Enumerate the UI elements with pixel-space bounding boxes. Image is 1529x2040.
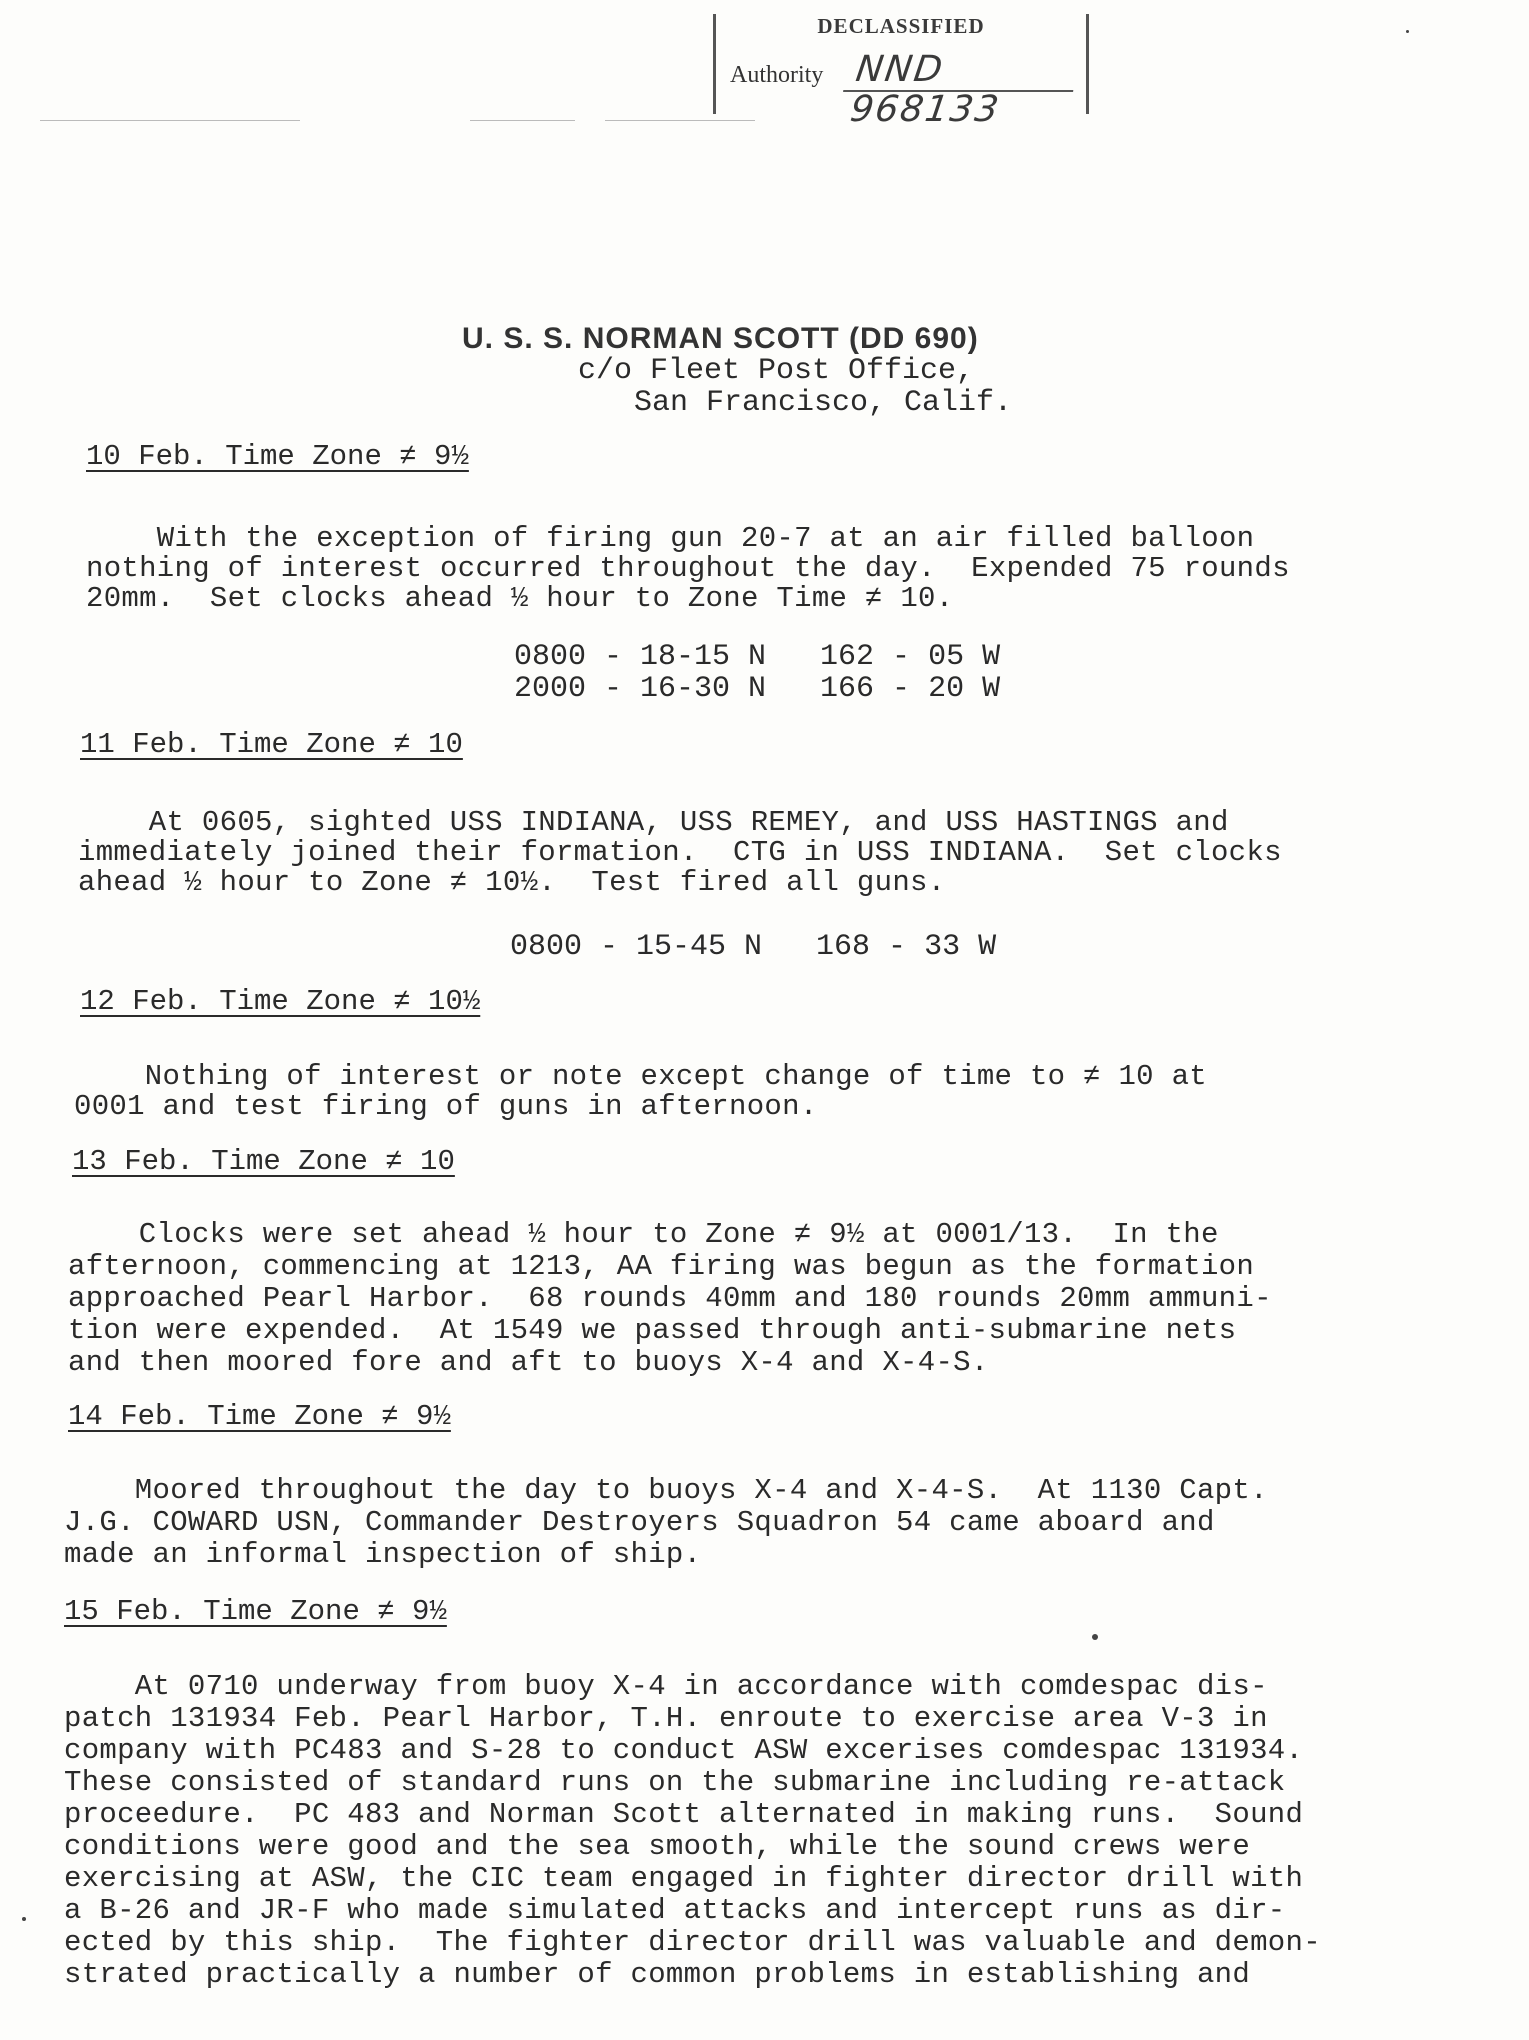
entry-text-line: a B-26 and JR-F who made simulated attac… (64, 1894, 1286, 1927)
entry-text-line: and then moored fore and aft to buoys X-… (68, 1346, 989, 1379)
declassification-stamp: DECLASSIFIED Authority NND 968133 (713, 14, 1089, 114)
entry-text-line: Clocks were set ahead ½ hour to Zone ≠ 9… (68, 1218, 1219, 1251)
scan-rule (40, 120, 300, 121)
entry-text-line: 0001 and test firing of guns in afternoo… (74, 1090, 818, 1123)
noon-position-line: 0800 - 18-15 N 162 - 05 W (514, 640, 1000, 674)
authority-value: NND 968133 (843, 50, 1079, 92)
entry-text-line: strated practically a number of common p… (64, 1958, 1250, 1991)
entry-text-line: tion were expended. At 1549 we passed th… (68, 1314, 1236, 1347)
entry-text-line: proceedure. PC 483 and Norman Scott alte… (64, 1798, 1303, 1831)
entry-text-line: With the exception of firing gun 20-7 at… (86, 522, 1254, 555)
entry-text-line: These consisted of standard runs on the … (64, 1766, 1286, 1799)
entry-text-line: At 0605, sighted USS INDIANA, USS REMEY,… (78, 806, 1229, 839)
scan-rule (605, 120, 755, 121)
entry-text-line: made an informal inspection of ship. (64, 1538, 701, 1571)
scan-speck (1406, 30, 1409, 33)
entry-text-line: nothing of interest occurred throughout … (86, 552, 1290, 585)
entry-text-line: At 0710 underway from buoy X-4 in accord… (64, 1670, 1268, 1703)
entry-text-line: Moored throughout the day to buoys X-4 a… (64, 1474, 1268, 1507)
noon-position-line: 0800 - 15-45 N 168 - 33 W (510, 930, 996, 964)
authority-label: Authority (730, 62, 823, 89)
entry-text-line: company with PC483 and S-28 to conduct A… (64, 1734, 1303, 1767)
entry-heading: 10 Feb. Time Zone ≠ 9½ (86, 440, 469, 473)
entry-text-line: Nothing of interest or note except chang… (74, 1060, 1207, 1093)
ship-name: U. S. S. NORMAN SCOTT (DD 690) (462, 322, 979, 356)
entry-heading: 15 Feb. Time Zone ≠ 9½ (64, 1595, 447, 1628)
scan-speck (22, 1917, 26, 1921)
entry-heading: 11 Feb. Time Zone ≠ 10 (80, 728, 463, 761)
entry-text-line: J.G. COWARD USN, Commander Destroyers Sq… (64, 1506, 1215, 1539)
address-line-1: c/o Fleet Post Office, (578, 354, 974, 388)
entry-text-line: approached Pearl Harbor. 68 rounds 40mm … (68, 1282, 1272, 1315)
address-line-2: San Francisco, Calif. (634, 386, 1012, 420)
entry-heading: 14 Feb. Time Zone ≠ 9½ (68, 1400, 451, 1433)
scan-speck (1092, 1634, 1098, 1640)
scan-rule (470, 120, 575, 121)
entry-text-line: afternoon, commencing at 1213, AA firing… (68, 1250, 1254, 1283)
entry-text-line: exercising at ASW, the CIC team engaged … (64, 1862, 1303, 1895)
entry-text-line: ected by this ship. The fighter director… (64, 1926, 1321, 1959)
entry-heading: 12 Feb. Time Zone ≠ 10½ (80, 985, 480, 1018)
entry-heading: 13 Feb. Time Zone ≠ 10 (72, 1145, 455, 1178)
entry-text-line: patch 131934 Feb. Pearl Harbor, T.H. enr… (64, 1702, 1268, 1735)
entry-text-line: immediately joined their formation. CTG … (78, 836, 1282, 869)
entry-text-line: ahead ½ hour to Zone ≠ 10½. Test fired a… (78, 866, 945, 899)
entry-text-line: conditions were good and the sea smooth,… (64, 1830, 1250, 1863)
stamp-title: DECLASSIFIED (716, 14, 1086, 39)
entry-text-line: 20mm. Set clocks ahead ½ hour to Zone Ti… (86, 582, 953, 615)
noon-position-line: 2000 - 16-30 N 166 - 20 W (514, 672, 1000, 706)
